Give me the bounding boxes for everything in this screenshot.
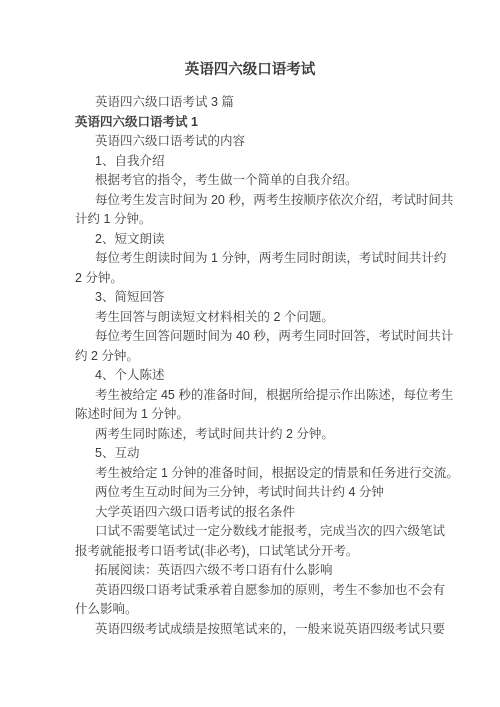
text-line: 什么影响。 bbox=[75, 600, 447, 620]
text-line: 5、互动 bbox=[75, 444, 447, 464]
text-line: 陈述时间为 1 分钟。 bbox=[75, 405, 447, 425]
text-line: 两考生同时陈述，考试时间共计约 2 分钟。 bbox=[75, 425, 447, 445]
text-line: 口试不需要笔试过一定分数线才能报考，完成当次的四六级笔试 bbox=[75, 522, 447, 542]
text-line: 英语四六级口语考试 3 篇 bbox=[75, 93, 447, 113]
text-line: 根据考官的指令，考生做一个简单的自我介绍。 bbox=[75, 171, 447, 191]
text-line: 考生被给定 1 分钟的准备时间，根据设定的情景和任务进行交流。 bbox=[75, 464, 447, 484]
text-line: 英语四级考试成绩是按照笔试来的，一般来说英语四级考试只要 bbox=[75, 620, 447, 640]
text-line: 计约 1 分钟。 bbox=[75, 210, 447, 230]
text-line: 4、个人陈述 bbox=[75, 366, 447, 386]
text-line: 2 分钟。 bbox=[75, 269, 447, 289]
text-line: 约 2 分钟。 bbox=[75, 347, 447, 367]
text-line: 3、简短回答 bbox=[75, 288, 447, 308]
text-line: 每位考生发言时间为 20 秒，两考生按顺序依次介绍，考试时间共 bbox=[75, 191, 447, 211]
document-title: 英语四六级口语考试 bbox=[0, 60, 500, 80]
text-line: 两位考生互动时间为三分钟，考试时间共计约 4 分钟 bbox=[75, 483, 447, 503]
text-line: 英语四六级口语考试的内容 bbox=[75, 132, 447, 152]
text-line: 报考就能报考口语考试(非必考)，口试笔试分开考。 bbox=[75, 542, 447, 562]
text-line: 1、自我介绍 bbox=[75, 152, 447, 172]
text-line: 英语四级口语考试秉承着自愿参加的原则，考生不参加也不会有 bbox=[75, 581, 447, 601]
document-body: 英语四六级口语考试 3 篇英语四六级口语考试 1英语四六级口语考试的内容1、自我… bbox=[75, 93, 447, 639]
text-line: 每位考生回答问题时间为 40 秒，两考生同时回答，考试时间共计 bbox=[75, 327, 447, 347]
document-page: 英语四六级口语考试 英语四六级口语考试 3 篇英语四六级口语考试 1英语四六级口… bbox=[0, 0, 500, 707]
section-heading: 英语四六级口语考试 1 bbox=[75, 113, 447, 133]
text-line: 考生被给定 45 秒的准备时间，根据所给提示作出陈述，每位考生 bbox=[75, 386, 447, 406]
text-line: 2、短文朗读 bbox=[75, 230, 447, 250]
text-line: 大学英语四六级口语考试的报名条件 bbox=[75, 503, 447, 523]
text-line: 拓展阅读：英语四六级不考口语有什么影响 bbox=[75, 561, 447, 581]
text-line: 每位考生朗读时间为 1 分钟，两考生同时朗读，考试时间共计约 bbox=[75, 249, 447, 269]
text-line: 考生回答与朗读短文材料相关的 2 个问题。 bbox=[75, 308, 447, 328]
